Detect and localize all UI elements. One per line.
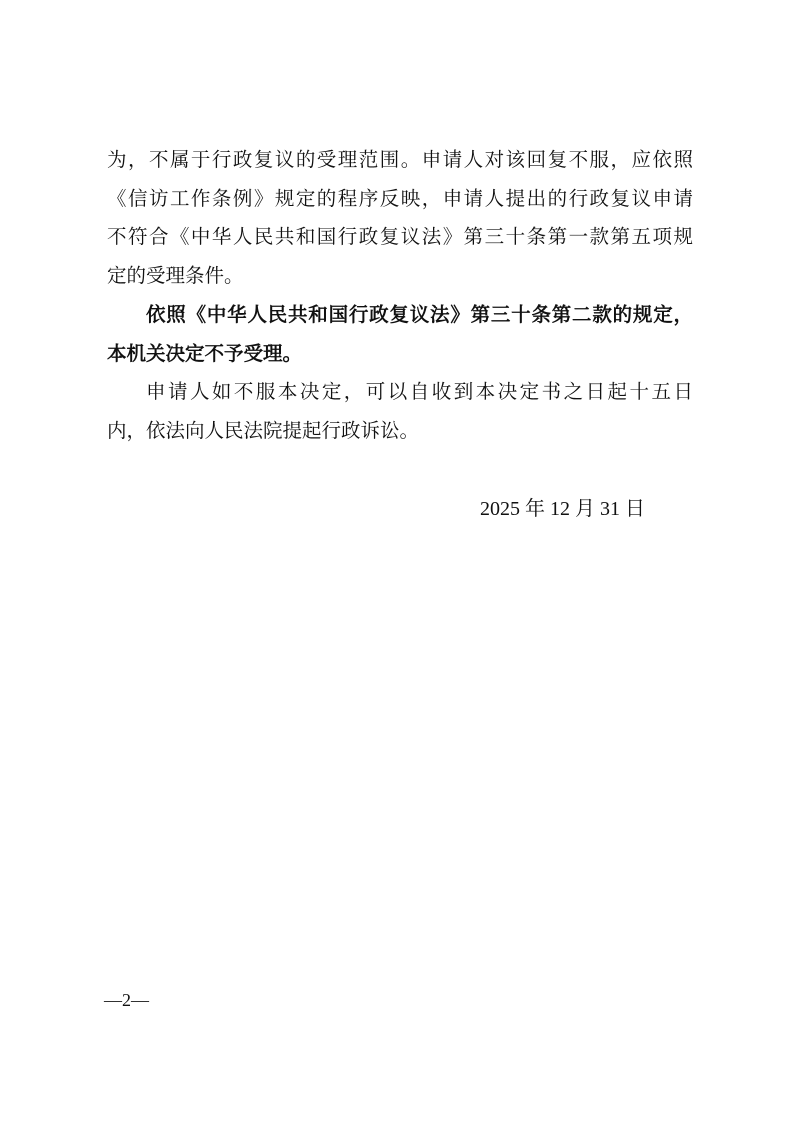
text-line: 本机关决定不予受理。 [107, 335, 693, 374]
paragraph-ineligibility-reason: 为，不属于行政复议的受理范围。申请人对该回复不服，应依照 《信访工作条例》规定的… [107, 141, 693, 296]
document-date: 2025 年 12 月 31 日 [480, 492, 645, 521]
text-line: 为，不属于行政复议的受理范围。申请人对该回复不服，应依照 [107, 141, 693, 180]
document-body: 为，不属于行政复议的受理范围。申请人对该回复不服，应依照 《信访工作条例》规定的… [107, 141, 693, 451]
text-line: 内，依法向人民法院提起行政诉讼。 [107, 412, 693, 451]
text-line: 申请人如不服本决定，可以自收到本决定书之日起十五日 [107, 373, 693, 412]
text-line: 定的受理条件。 [107, 257, 693, 296]
page-number: —2— [104, 990, 149, 1011]
paragraph-decision: 依照《中华人民共和国行政复议法》第三十条第二款的规定， 本机关决定不予受理。 [107, 296, 693, 373]
text-line: 不符合《中华人民共和国行政复议法》第三十条第一款第五项规 [107, 218, 693, 257]
text-line: 《信访工作条例》规定的程序反映，申请人提出的行政复议申请 [107, 180, 693, 219]
text-line: 依照《中华人民共和国行政复议法》第三十条第二款的规定， [107, 296, 693, 335]
paragraph-appeal-rights: 申请人如不服本决定，可以自收到本决定书之日起十五日 内，依法向人民法院提起行政诉… [107, 373, 693, 450]
document-page: 为，不属于行政复议的受理范围。申请人对该回复不服，应依照 《信访工作条例》规定的… [0, 0, 794, 1123]
